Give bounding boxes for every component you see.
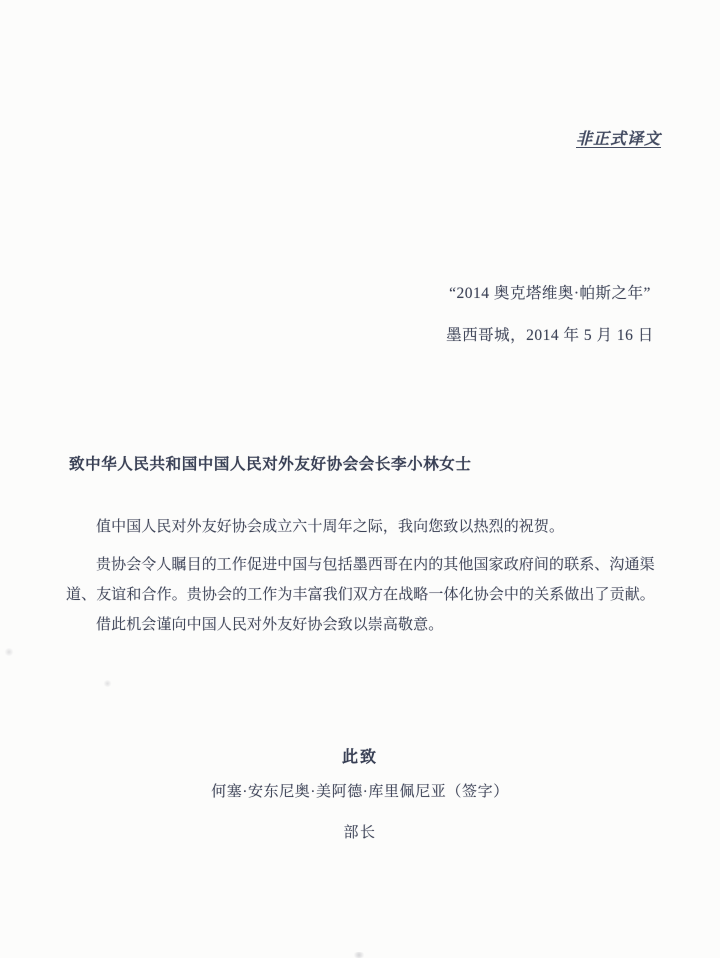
scan-artifact <box>4 648 14 656</box>
scan-artifact <box>352 952 366 958</box>
header-theme-line: “2014 奥克塔维奥·帕斯之年” <box>434 281 666 303</box>
letter-page: 非正式译文 “2014 奥克塔维奥·帕斯之年” 墨西哥城，2014 年 5 月 … <box>0 0 720 958</box>
scan-artifact <box>103 680 112 687</box>
letter-paragraph-1: 值中国人民对外友好协会成立六十周年之际，我向您致以热烈的祝贺。 <box>66 512 662 542</box>
closing-salute: 此致 <box>0 744 720 767</box>
letter-paragraph-2: 贵协会令人瞩目的工作促进中国与包括墨西哥在内的其他国家政府间的联系、沟通渠道、友… <box>66 550 662 610</box>
letter-salutation: 致中华人民共和国中国人民对外友好协会会长李小林女士 <box>69 452 472 474</box>
signer-title: 部长 <box>0 821 720 842</box>
informal-translation-label: 非正式译文 <box>576 126 661 149</box>
header-date-line: 墨西哥城，2014 年 5 月 16 日 <box>434 323 666 345</box>
signer-name-line: 何塞·安东尼奥·美阿德·库里佩尼亚（签字） <box>0 780 720 801</box>
letter-header: “2014 奥克塔维奥·帕斯之年” 墨西哥城，2014 年 5 月 16 日 <box>434 281 666 345</box>
letter-paragraph-3: 借此机会谨向中国人民对外友好协会致以崇高敬意。 <box>66 610 662 640</box>
